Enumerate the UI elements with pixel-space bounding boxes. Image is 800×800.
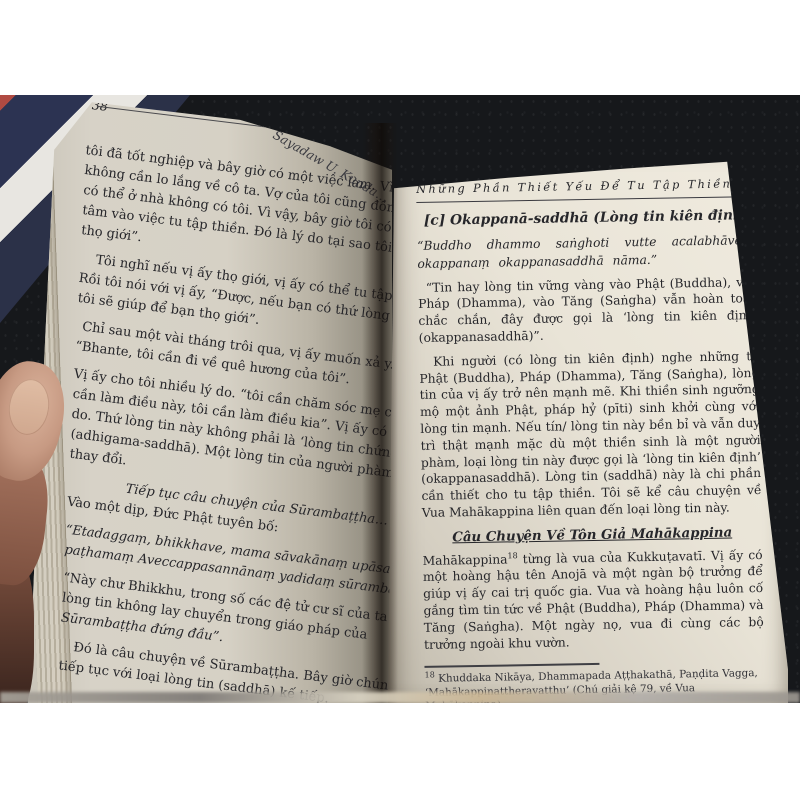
section-heading: [c] Okappanā-saddhā (Lòng tin kiên định) <box>417 207 757 230</box>
story-heading: Câu Chuyện Về Tôn Giả Mahākappina <box>422 525 762 548</box>
story-lead-word: Mahākappina <box>423 552 508 567</box>
right-page: Những Phần Thiết Yếu Để Tu Tập Thiền 39 … <box>388 153 788 703</box>
right-header-title: Những Phần Thiết Yếu Để Tu Tập Thiền <box>416 176 732 198</box>
footnote-number: 18 <box>425 671 435 680</box>
spine-shadow <box>362 123 398 703</box>
footnote-rule <box>424 663 599 668</box>
left-page: 38 Sayadaw U. Kunda… tôi đã tốt nghiệp v… <box>26 95 392 703</box>
story-paragraph: Mahākappina18 từng là vua của Kukkuṭavat… <box>422 547 764 654</box>
footnote-marker: 18 <box>507 551 517 560</box>
right-page-content: Những Phần Thiết Yếu Để Tu Tập Thiền 39 … <box>416 175 765 703</box>
book-photo: 38 Sayadaw U. Kunda… tôi đã tốt nghiệp v… <box>0 95 800 703</box>
bottom-padding <box>0 703 800 800</box>
right-running-header: Những Phần Thiết Yếu Để Tu Tập Thiền 39 <box>416 175 756 203</box>
photo-edge-blur <box>0 692 800 703</box>
left-header-rule <box>97 106 345 137</box>
pali-quote: “Buddho dhammo saṅghoti vutte acalabhāve… <box>417 231 758 273</box>
translation-paragraph: “Tin hay lòng tin vững vàng vào Phật (Bu… <box>418 274 759 347</box>
explanation-paragraph: Khi người (có lòng tin kiên định) nghe n… <box>419 348 762 522</box>
photo-frame: 38 Sayadaw U. Kunda… tôi đã tốt nghiệp v… <box>0 0 800 800</box>
left-page-lines: tôi đã tốt nghiệp và bây giờ có một việc… <box>58 141 398 693</box>
right-page-number: 39 <box>735 175 757 192</box>
top-padding <box>0 0 800 95</box>
